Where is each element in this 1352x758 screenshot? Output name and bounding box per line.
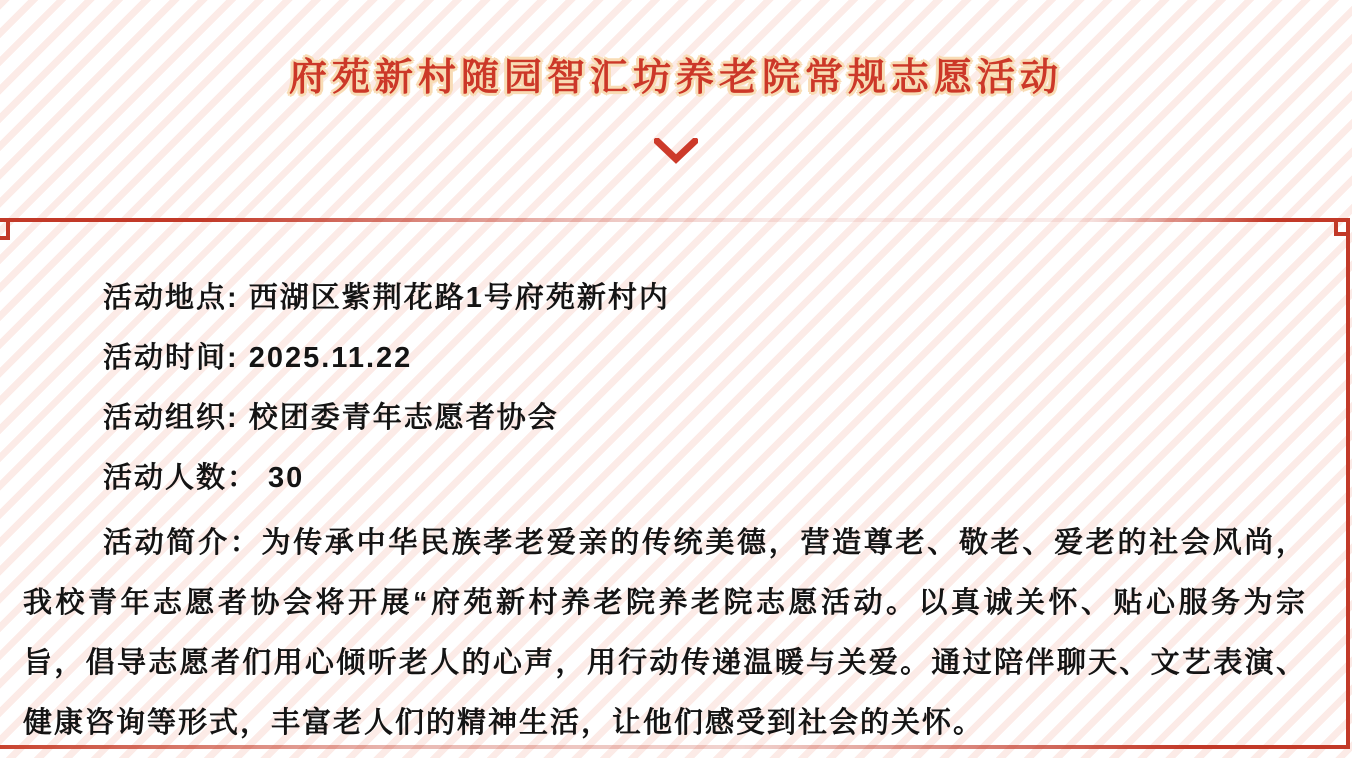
poster-page: { "page": { "title": "府苑新村随园智汇坊养老院常规志愿活动… [0,0,1352,758]
activity-headcount-line: 活动人数： 30 [23,448,1307,508]
activity-info: 活动地点: 西湖区紫荆花路1号府苑新村内 活动时间: 2025.11.22 活动… [23,268,1307,753]
frame-corner-square-right [1334,218,1350,236]
activity-intro-paragraph: 活动简介：为传承中华民族孝老爱亲的传统美德，营造尊老、敬老、爱老的社会风尚，我校… [23,513,1307,753]
frame-border-right [1346,218,1350,749]
activity-time-line: 活动时间: 2025.11.22 [23,328,1307,388]
activity-organizer-line: 活动组织: 校团委青年志愿者协会 [23,388,1307,448]
chevron-down-icon [654,138,698,164]
page-title: 府苑新村随园智汇坊养老院常规志愿活动 [0,46,1352,101]
frame-border-top [0,218,1350,222]
frame-corner-square-left [0,218,10,240]
activity-location-line: 活动地点: 西湖区紫荆花路1号府苑新村内 [23,268,1307,328]
